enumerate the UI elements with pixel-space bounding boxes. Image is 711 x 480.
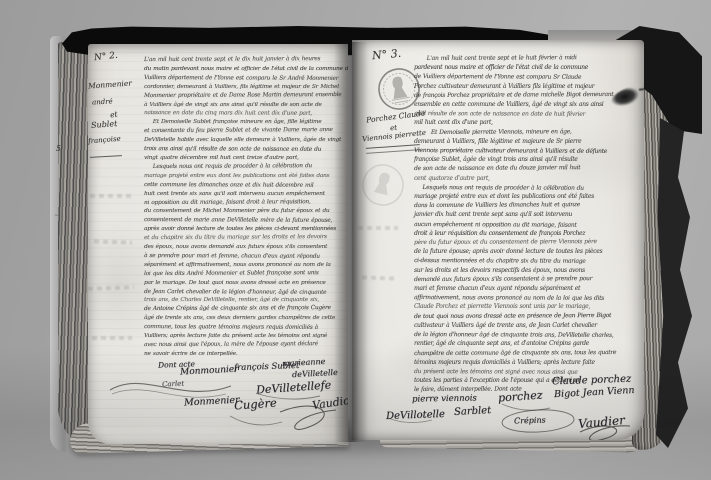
manuscript-line: consentement de marie anne DeVilletelle … xyxy=(144,216,348,226)
center-gutter-shadow xyxy=(334,42,368,442)
manuscript-line: à Vuilliers âgé de vingt six ans ainsi q… xyxy=(144,101,348,110)
manuscript-line: cette commune les dimanches onze et dix … xyxy=(144,181,348,191)
manuscript-line: demeurant à Vuilliers, fille légitime et… xyxy=(414,137,634,146)
act-number-right: N° 3. xyxy=(371,47,401,62)
manuscript-line: pardevant nous maire et officier de l'ét… xyxy=(414,63,634,72)
manuscript-line: avec nous ainsi que l'époux, la mère de … xyxy=(144,340,348,350)
signature-devilletelle-small: deVilletelle xyxy=(292,368,338,379)
signature-devilletelle-large: DeVilletellefe xyxy=(256,378,332,396)
signature-monmounier: Monmounier xyxy=(180,364,239,377)
manuscript-line: Et Demoiselle Sublet françoise mineure e… xyxy=(144,118,348,127)
manuscript-line: champêtre de cette commune âgé de cinqua… xyxy=(414,347,634,357)
margin-groom-name: Monmenier xyxy=(88,78,132,90)
edge-tick-mark: ~ xyxy=(54,212,59,219)
right-cover-fragment xyxy=(656,118,696,448)
ink-bleed-through xyxy=(88,285,134,290)
manuscript-line: âgé de trente six ans, ces deux derniers… xyxy=(144,314,348,323)
manuscript-line: père du futur époux et du consentement d… xyxy=(414,237,634,247)
edge-folio-number: 5 xyxy=(56,144,61,153)
manuscript-line: janvier dix huit cent trente sept sans q… xyxy=(414,210,634,219)
manuscript-line: ne savoir écrire de ce interpellée. xyxy=(144,350,348,359)
left-page-act-text: L'an mil huit cent trente sept et le dix… xyxy=(144,56,348,359)
right-page-act-text: L'an mil huit cent trente sept et le hui… xyxy=(414,54,634,395)
manuscript-line: et consentante du feu pierre Sublet et d… xyxy=(144,126,348,136)
manuscript-line: naissance en date du cinq mars dix huit … xyxy=(144,109,348,119)
manuscript-line: dans la commune de Vuilliers les dimanch… xyxy=(414,200,634,210)
signature-francois-sublet: françois Sublet xyxy=(234,361,300,373)
manuscript-line: Lesquels nous ont requis de procéder à l… xyxy=(144,162,348,172)
manuscript-line: vingt quatre décembre mil huit cent trei… xyxy=(144,154,348,163)
manuscript-line: témoins majeurs requis domiciliés à Vuil… xyxy=(414,358,634,367)
manuscript-line: demandé aux futurs époux s'ils consentai… xyxy=(414,274,634,284)
manuscript-line: huit cent trente six sans qu'il soit int… xyxy=(144,190,348,199)
manuscript-line: commune, tous les quatre témoins majeurs… xyxy=(144,323,348,333)
margin-flourish-line xyxy=(90,155,122,161)
manuscript-line: mari et femme chacun d'eux ayant répondu… xyxy=(414,284,634,293)
manuscript-line: loi que les dits André Monmenier et Subl… xyxy=(144,269,348,279)
manuscript-line: L'an mil huit cent trente sept et le hui… xyxy=(414,53,634,63)
manuscript-line: cultivateur à Vuilliers âgé de trente an… xyxy=(414,321,634,330)
margin-bride-firstname: françoise xyxy=(88,135,121,146)
manuscript-line: de Antoine Crépins âgé de cinquante six … xyxy=(144,304,348,314)
manuscript-line: Et Demoiselle pierrette Viennois, mineur… xyxy=(414,126,634,136)
manuscript-line: de Jean Carlet chevalier de la légion d'… xyxy=(144,288,348,298)
manuscript-line: Monmenier propriétaire et de Dame Rose M… xyxy=(144,91,348,101)
signature-crepins-circled: Crépins xyxy=(514,415,546,425)
manuscript-line: à se prendre pour mari et femme, chacun … xyxy=(144,252,348,262)
left-register-page: N° 2. Monmenier andré et Sublet françois… xyxy=(88,44,348,444)
ink-bleed-through xyxy=(90,194,134,198)
margin-bride-name: Sublet xyxy=(91,119,118,130)
manuscript-line: DeVilletelle habile avec laquelle elle d… xyxy=(144,136,348,145)
signature-sarblet: Sarblet xyxy=(454,405,492,418)
margin-double-underline xyxy=(366,144,420,154)
manuscript-line: cordonnier, demeurant à Vuilliers, fils … xyxy=(144,83,348,92)
manuscript-line: de françois Porchez propriétaire et de d… xyxy=(414,90,634,100)
signature-pierre-viennois: pierre viennois xyxy=(412,393,477,404)
manuscript-line: trois ans, de Charles DeVilletelle, rent… xyxy=(144,296,348,305)
manuscript-line: de tout quoi nous avons dressé acte en p… xyxy=(414,311,634,321)
archival-photo-register-spread: 5 ~ N° 2. Monmenier andré et Sublet fran… xyxy=(0,0,711,480)
manuscript-line: mariage projeté entre eux dont les publi… xyxy=(144,172,348,181)
ink-bleed-through xyxy=(94,239,132,244)
signature-porchez: porchez xyxy=(498,388,543,404)
manuscript-line: ensemble en cette commune de Vuilliers, … xyxy=(414,100,634,109)
manuscript-line: Vuilliers; après lecture faite du présen… xyxy=(144,332,348,341)
margin-groom-firstname: andré xyxy=(92,97,113,106)
margin-conjunction: et xyxy=(109,110,118,120)
ink-bleed-through xyxy=(92,336,132,340)
closing-dont-acte: Dont acte xyxy=(158,359,195,369)
manuscript-line: L'an mil huit cent trente sept et le dix… xyxy=(144,55,348,65)
signature-carlet: Carlet xyxy=(162,380,184,389)
act-number-left: N° 2. xyxy=(94,51,119,63)
manuscript-line: après avoir donné lecture de toutes les … xyxy=(144,225,348,234)
signature-devillotelle: DeVillotelle xyxy=(386,409,445,422)
manuscript-line: Vuilliers département de l'Yonne est com… xyxy=(144,74,348,84)
signature-vaudier: Vaudier xyxy=(577,413,625,431)
signature-flourishes-left xyxy=(88,354,348,444)
manuscript-line: par le mariage. De tout quoi nous avons … xyxy=(144,279,348,288)
manuscript-line: de la future épouse; après avoir donné l… xyxy=(414,247,634,256)
manuscript-line: cent quatorze d'autre part, xyxy=(414,174,634,183)
manuscript-line: des époux, nous avons demandé aux futurs… xyxy=(144,243,348,252)
manuscript-line: trois ans ainsi qu'il résulte de son act… xyxy=(144,145,348,155)
manuscript-line: séparément et affirmativement, nous avon… xyxy=(144,261,348,270)
manuscript-line: du consentement de Michel Monmenier père… xyxy=(144,207,348,216)
manuscript-line: du matin pardevant nous maire et officie… xyxy=(144,65,348,74)
signature-monmenier: Monmenier xyxy=(184,395,240,409)
manuscript-line: et du chapitre six du titre du mariage s… xyxy=(144,233,348,243)
right-register-page: N° 3. Porchez Claude et Viennois pierret… xyxy=(352,40,644,440)
manuscript-line: ni opposition au dit mariage, faisant dr… xyxy=(144,197,348,207)
signature-marieanne: marieanne xyxy=(282,357,326,368)
manuscript-line: de son acte de naissance en date du douz… xyxy=(414,163,634,173)
signature-cugere: Cugère xyxy=(234,396,278,413)
